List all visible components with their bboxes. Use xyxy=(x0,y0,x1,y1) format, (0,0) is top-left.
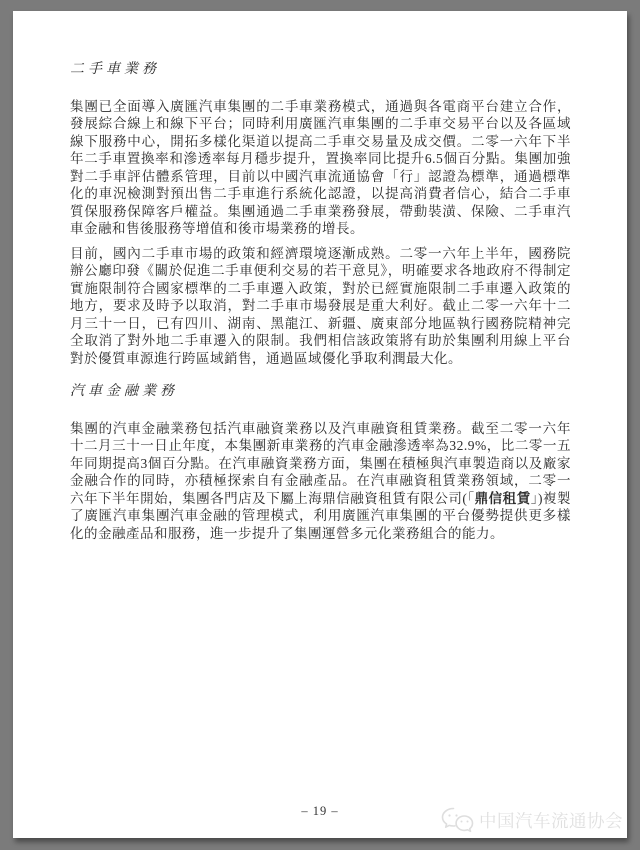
section-heading-auto-finance-business: 汽車金融業務 xyxy=(70,383,571,401)
page-content: 二手車業務 集團已全面導入廣匯汽車集團的二手車業務模式，通過與各電商平台建立合作… xyxy=(13,11,627,542)
used-car-paragraph-2: 目前，國內二手車市場的政策和經濟環境逐漸成熟。二零一六年上半年，國務院辦公廳印發… xyxy=(70,245,571,368)
dingxin-leasing-bold-term: 鼎信租賃 xyxy=(475,491,531,506)
document-page: 二手車業務 集團已全面導入廣匯汽車集團的二手車業務模式，通過與各電商平台建立合作… xyxy=(13,11,627,838)
used-car-paragraph-1: 集團已全面導入廣匯汽車集團的二手車業務模式，通過與各電商平台建立合作，發展綜合線… xyxy=(70,98,571,238)
auto-finance-paragraph: 集團的汽車金融業務包括汽車融資業務以及汽車融資租賃業務。截至二零一六年十二月三十… xyxy=(70,420,571,543)
section-heading-used-car-business: 二手車業務 xyxy=(70,61,571,79)
watermark: 中国汽车流通协会 xyxy=(441,807,623,833)
watermark-label: 中国汽车流通协会 xyxy=(479,808,623,833)
wechat-icon xyxy=(441,807,474,833)
